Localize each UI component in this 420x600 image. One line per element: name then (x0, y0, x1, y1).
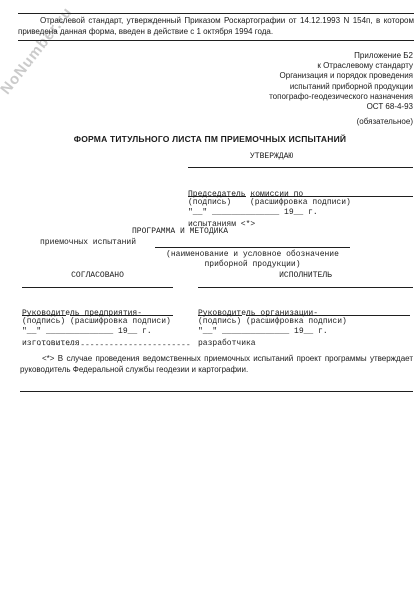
footnote-separator: -------------------------------- (37, 341, 191, 351)
executor-role-line2: разработчика (198, 339, 318, 349)
approve-date-line: "__" ______________ 19__ г. (188, 208, 318, 218)
executor-date-line: "__" ______________ 19__ г. (198, 327, 328, 337)
mandatory-label: (обязательное) (113, 117, 413, 128)
page-title: ФОРМА ТИТУЛЬНОГО ЛИСТА ПМ ПРИЕМОЧНЫХ ИСП… (0, 134, 420, 145)
standard-number: ОСТ 68-4-93 (113, 102, 413, 112)
appendix-header: Приложение Б2 к Отраслевому стандарту Ор… (113, 51, 413, 112)
agreed-sign-caption: (подпись) (22, 317, 65, 327)
executor-name-line (246, 315, 410, 316)
approve-sign-caption: (подпись) (188, 198, 231, 208)
approve-role-line (188, 167, 413, 168)
agreed-decode-caption: (расшифровка подписи) (70, 317, 171, 327)
approve-name-line (250, 196, 413, 197)
approve-signature-line (188, 196, 246, 197)
executor-role-line (198, 287, 413, 288)
executor-label: ИСПОЛНИТЕЛЬ (198, 271, 413, 281)
product-caption-line1: (наименование и условное обозначение (135, 250, 370, 260)
appendix-line: топографо-геодезического назначения (113, 92, 413, 102)
agreed-label: СОГЛАСОВАНО (22, 271, 173, 281)
note-bottom-rule (18, 40, 414, 41)
document-page: NoNumber.ru Отраслевой стандарт, утвержд… (0, 0, 420, 600)
program-subheading: приемочных испытаний (40, 238, 136, 248)
executor-sign-caption: (подпись) (198, 317, 241, 327)
footnote-text: <*> В случае проведения ведомственных пр… (20, 353, 413, 375)
approve-label: УТВЕРЖДАЮ (250, 152, 293, 162)
agreed-date-line: "__" ______________ 19__ г. (22, 327, 152, 337)
appendix-line: к Отраслевому стандарту (113, 61, 413, 71)
executor-decode-caption: (расшифровка подписи) (246, 317, 347, 327)
executor-signature-line (198, 315, 242, 316)
product-name-blank-line (155, 247, 350, 248)
agreed-name-line (70, 315, 173, 316)
product-caption-line2: приборной продукции) (135, 260, 370, 270)
standard-note: Отраслевой стандарт, утвержденный Приказ… (18, 16, 414, 37)
program-heading: ПРОГРАММА И МЕТОДИКА (132, 227, 228, 237)
approve-decode-caption: (расшифровка подписи) (250, 198, 351, 208)
appendix-line: испытаний приборной продукции (113, 82, 413, 92)
top-rule (18, 13, 414, 14)
appendix-line: Приложение Б2 (113, 51, 413, 61)
agreed-signature-line (22, 315, 66, 316)
agreed-role-line (22, 287, 173, 288)
bottom-rule (20, 391, 413, 392)
appendix-line: Организация и порядок проведения (113, 71, 413, 81)
